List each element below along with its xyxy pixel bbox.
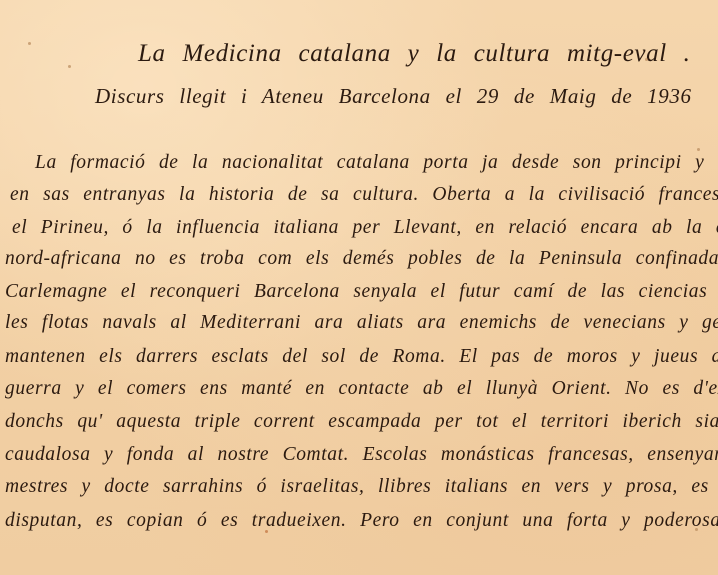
text-line: mestres y docte sarrahins ó israelitas, … — [5, 476, 718, 498]
manuscript-page: La Medicina catalana y la cultura mitg-e… — [0, 0, 718, 575]
text-line: en sas entranyas la historia de sa cultu… — [10, 184, 718, 206]
document-subtitle: Discurs llegit i Ateneu Barcelona el 29 … — [95, 84, 692, 109]
paper-speck — [68, 65, 71, 68]
paper-speck — [695, 528, 698, 531]
paper-speck — [28, 42, 31, 45]
text-line: el Pirineu, ó la influencia italiana per… — [12, 217, 718, 239]
text-line: Carlemagne el reconqueri Barcelona senya… — [5, 281, 718, 303]
text-line: nord-africana no es troba com els demés … — [5, 248, 718, 270]
text-line: mantenen els darrers esclats del sol de … — [5, 346, 718, 368]
text-line: caudalosa y fonda al nostre Comtat. Esco… — [5, 444, 718, 466]
paper-speck — [697, 148, 700, 151]
text-line: guerra y el comers ens manté en contacte… — [5, 378, 718, 400]
text-line: donchs qu' aquesta triple corrent escamp… — [5, 411, 718, 433]
paper-speck — [645, 58, 648, 61]
text-line: les flotas navals al Mediterrani ara ali… — [5, 312, 718, 334]
paper-speck — [265, 530, 268, 533]
text-line: La formació de la nacionalitat catalana … — [35, 152, 704, 174]
text-line: disputan, es copian ó es tradueixen. Per… — [5, 510, 718, 532]
document-title: La Medicina catalana y la cultura mitg-e… — [138, 40, 690, 68]
